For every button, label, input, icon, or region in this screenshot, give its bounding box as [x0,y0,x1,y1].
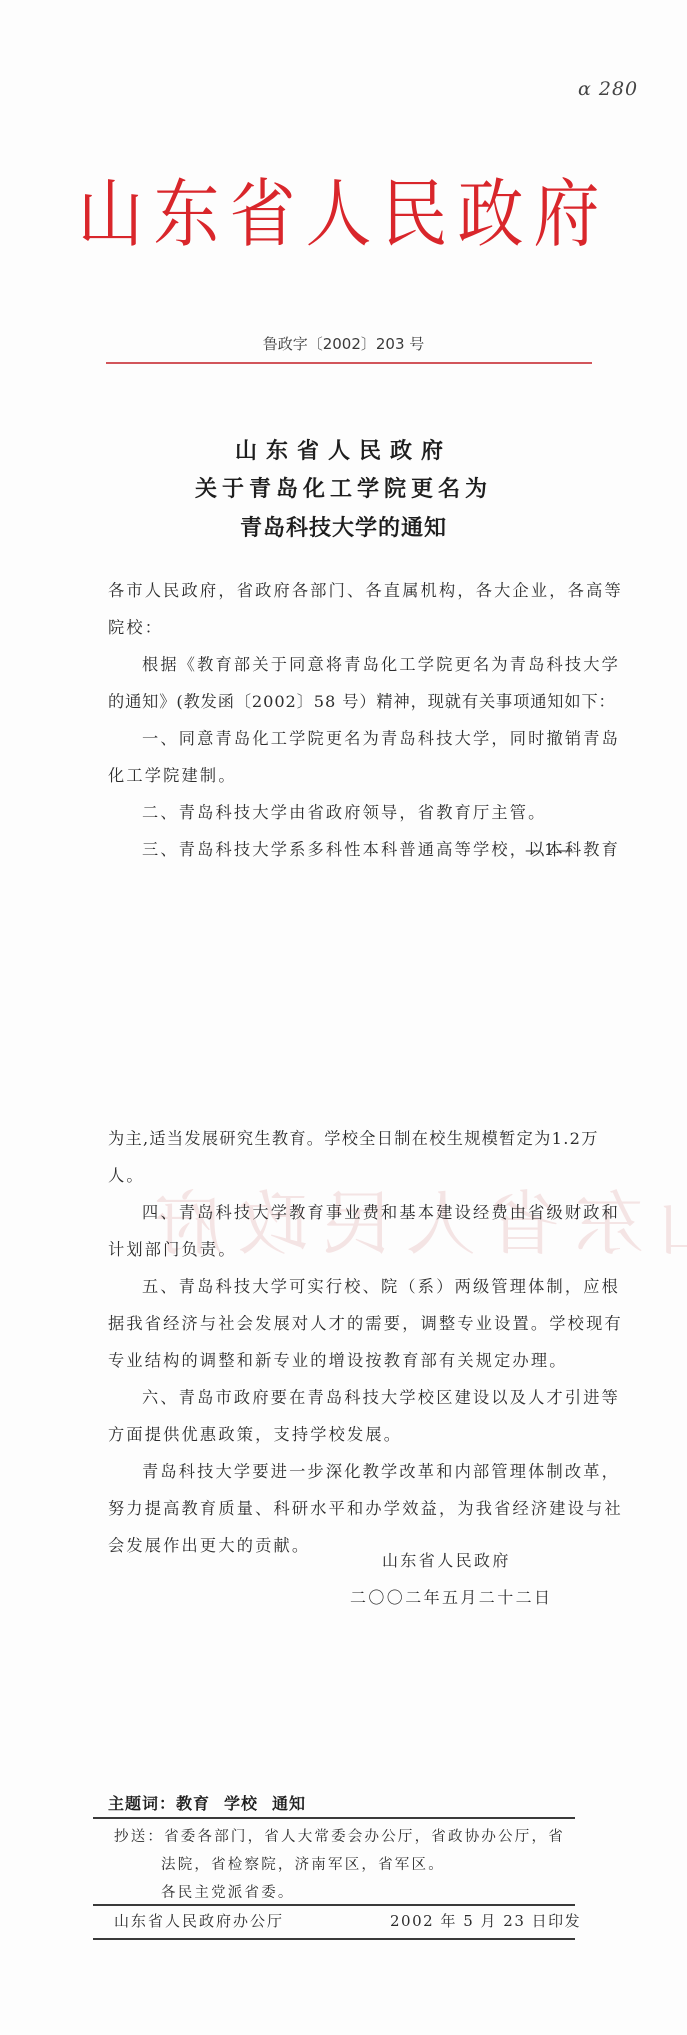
item-5-line: 据我省经济与社会发展对人才的需要，调整专业设置。学校现有 [108,1305,594,1342]
signature-date: 二〇〇二年五月二十二日 [350,1585,552,1608]
item-1-line: 化工学院建制。 [108,757,594,794]
keyword: 教育 [176,1794,210,1813]
cc-line: 法院，省检察院，济南军区，省军区。 [161,1853,445,1874]
intro-line: 根据《教育部关于同意将青岛化工学院更名为青岛科技大学 [108,646,594,683]
item-3-line: 三、青岛科技大学系多科性本科普通高等学校，以本科教育 [108,831,594,868]
issuing-office: 山东省人民政府办公厅 [114,1910,284,1931]
keyword: 通知 [272,1794,306,1813]
item-5-line: 专业结构的调整和新专业的增设按教育部有关规定办理。 [108,1342,594,1379]
item-2-line: 二、青岛科技大学由省政府领导，省教育厅主管。 [108,794,594,831]
footer-rule [93,1938,575,1940]
item-1-line: 一、同意青岛化工学院更名为青岛科技大学，同时撤销青岛 [108,720,594,757]
closing-line: 青岛科技大学要进一步深化教学改革和内部管理体制改革， [108,1453,594,1490]
page-number: —1— [525,840,576,859]
footer-rule [93,1817,575,1819]
intro-line: 的通知》(教发函〔2002〕58 号）精神，现就有关事项通知如下： [108,683,594,720]
item-4-line: 计划部门负责。 [108,1231,594,1268]
cc-line: 各民主党派省委。 [161,1881,295,1902]
body-page-2: 为主,适当发展研究生教育。学校全日制在校生规模暂定为1.2万 人。 四、青岛科技… [108,1120,594,1564]
item-5-line: 五、青岛科技大学可实行校、院（系）两级管理体制，应根 [108,1268,594,1305]
document-title-line-2: 关于青岛化工学院更名为 [0,472,687,503]
keywords-label: 主题词： [108,1794,176,1813]
item-6-line: 方面提供优惠政策，支持学校发展。 [108,1416,594,1453]
cc-label: 抄送： [114,1829,164,1845]
closing-line: 努力提高教育质量、科研水平和办学效益，为我省经济建设与社 [108,1490,594,1527]
item-3-line: 为主,适当发展研究生教育。学校全日制在校生规模暂定为1.2万 [108,1120,594,1157]
salutation-line: 院校： [108,609,594,646]
keyword: 学校 [224,1794,258,1813]
document-title-line-3: 青岛科技大学的通知 [0,511,687,542]
issue-date: 2002 年 5 月 23 日印发 [390,1910,581,1931]
letterhead-issuer: 山东省人民政府 [0,178,687,252]
closing-line: 会发展作出更大的贡献。 [108,1527,594,1564]
signature-issuer: 山东省人民政府 [382,1548,511,1571]
handwritten-note: α 280 [578,78,638,100]
cc-line: 抄送：省委各部门，省人大常委会办公厅，省政协办公厅，省 [114,1825,565,1846]
document-title-line-1: 山东省人民政府 [0,434,687,465]
letterhead-red-rule [106,362,592,364]
footer-rule [93,1904,575,1906]
keywords: 主题词：教育学校通知 [108,1791,320,1814]
item-4-line: 四、青岛科技大学教育事业费和基本建设经费由省级财政和 [108,1194,594,1231]
document-number: 鲁政字〔2002〕203 号 [0,333,687,354]
item-3-line: 人。 [108,1157,594,1194]
salutation-line: 各市人民政府，省政府各部门、各直属机构，各大企业，各高等 [108,572,594,609]
item-6-line: 六、青岛市政府要在青岛科技大学校区建设以及人才引进等 [108,1379,594,1416]
body-page-1: 各市人民政府，省政府各部门、各直属机构，各大企业，各高等 院校： 根据《教育部关… [108,572,594,868]
